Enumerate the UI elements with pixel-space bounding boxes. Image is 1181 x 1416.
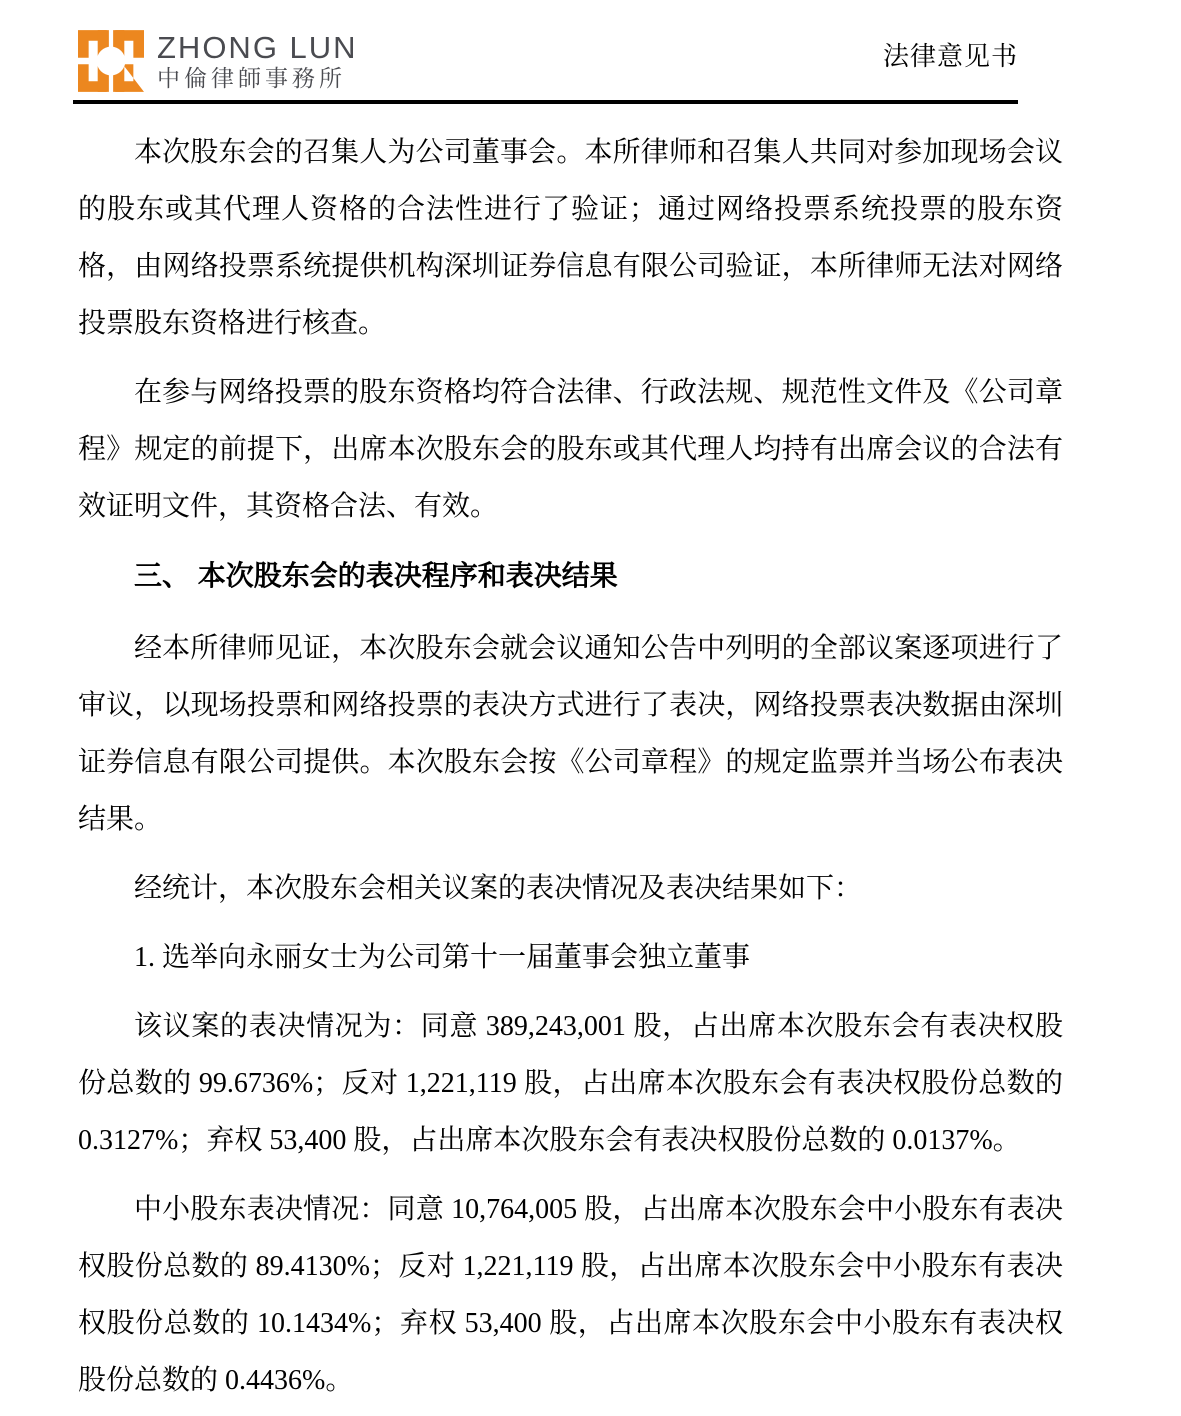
paragraph-minority-vote-result: 中小股东表决情况：同意 10,764,005 股，占出席本次股东会中小股东有表决… xyxy=(78,1181,1063,1409)
document-body: 本次股东会的召集人为公司董事会。本所律师和召集人共同对参加现场会议的股东或其代理… xyxy=(78,124,1063,1409)
law-firm-logo: ZHONG LUN 中倫律師事務所 xyxy=(78,30,358,92)
paragraph-attendee-qualification: 在参与网络投票的股东资格均符合法律、行政法规、规范性文件及《公司章程》规定的前提… xyxy=(78,364,1063,535)
paragraph-convener-verification: 本次股东会的召集人为公司董事会。本所律师和召集人共同对参加现场会议的股东或其代理… xyxy=(78,124,1063,352)
law-firm-name-en: ZHONG LUN xyxy=(157,31,358,64)
paragraph-overall-vote-result: 该议案的表决情况为：同意 389,243,001 股，占出席本次股东会有表决权股… xyxy=(78,998,1063,1169)
law-firm-name: ZHONG LUN 中倫律師事務所 xyxy=(157,30,358,92)
page-header: ZHONG LUN 中倫律師事務所 法律意见书 xyxy=(78,30,1018,92)
header-rule xyxy=(73,100,1018,104)
document-page: ZHONG LUN 中倫律師事務所 法律意见书 本次股东会的召集人为公司董事会。… xyxy=(0,0,1181,1416)
paragraph-voting-procedure: 经本所律师见证，本次股东会就会议通知公告中列明的全部议案逐项进行了审议，以现场投… xyxy=(78,620,1063,848)
resolution-item-1: 1. 选举向永丽女士为公司第十一届董事会独立董事 xyxy=(78,929,1063,986)
document-type-label: 法律意见书 xyxy=(883,42,1018,92)
section-heading-voting-procedure: 三、 本次股东会的表决程序和表决结果 xyxy=(78,547,1063,604)
law-firm-name-cn: 中倫律師事務所 xyxy=(157,64,358,92)
paragraph-results-intro: 经统计，本次股东会相关议案的表决情况及表决结果如下： xyxy=(78,860,1063,917)
zhonglun-logo-icon xyxy=(78,30,144,92)
